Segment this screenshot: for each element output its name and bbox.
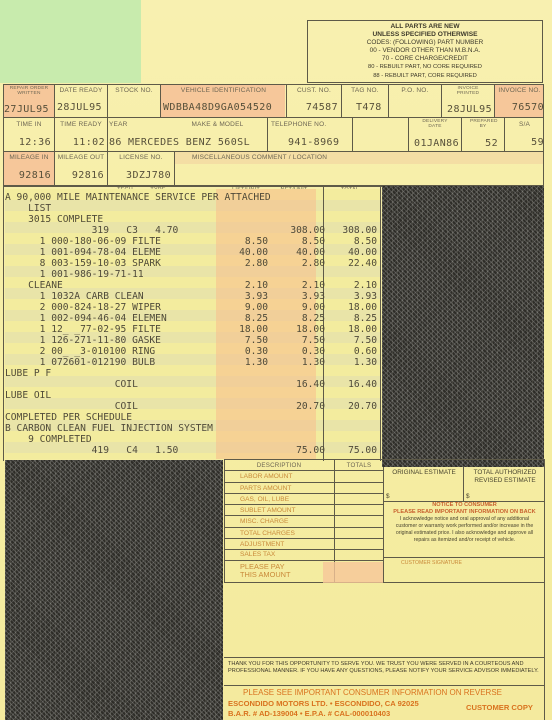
field-telephone-no: TELEPHONE NO. 941-8969 (268, 121, 352, 148)
field-cust-no: CUST. NO. 74587 (287, 87, 341, 113)
line-item: 2 000-824-18-27 WIPER9.009.0018.00 (5, 302, 380, 313)
line-item: 9 COMPLETED (5, 434, 380, 445)
line-item: 1 000-180-06-09 FILTE8.508.508.50 (5, 236, 380, 247)
please-pay-label: PLEASE PAY THIS AMOUNT (240, 563, 291, 579)
line-item: 1 072601-012190 BULB1.301.301.30 (5, 357, 380, 368)
line-item: COIL20.7020.70 (5, 401, 380, 412)
field-license-no: LICENSE NO. 3DZJ780 (108, 154, 174, 181)
field-stock-no: STOCK NO. (108, 87, 160, 95)
notice-line: 70 - CORE CHARGE/CREDIT (308, 55, 542, 63)
notice-line: 00 - VENDOR OTHER THAN M.B.N.A. (308, 47, 542, 55)
field-invoice-printed: INVOICE PRINTED 28JUL95 (442, 86, 494, 115)
field-po-no: P.O. NO. (389, 87, 441, 95)
original-estimate-value: $ (386, 493, 394, 501)
field-delivery-date: DELIVERY DATE 01JAN86 (409, 119, 461, 149)
notice-line: 80 - REBUILT PART, NO CORE REQUIRED (308, 63, 542, 71)
notice-line: CODES: (FOLLOWING) PART NUMBER (308, 39, 542, 47)
line-item: 1 002-094-46-04 ELEMEN8.258.258.25 (5, 313, 380, 324)
line-item: LUBE OIL (5, 390, 380, 401)
dealer-name-address: ESCONDIDO MOTORS LTD. • ESCONDIDO, CA 92… (228, 699, 419, 708)
line-item: 319 C3 4.70308.00308.00 (5, 225, 380, 236)
customer-signature-field[interactable]: CUSTOMER SIGNATURE (384, 558, 544, 583)
field-prepared-by: PREPARED BY 52 (462, 119, 504, 149)
summary-labor-amount: LABOR AMOUNT (228, 471, 383, 482)
line-item: 1 126-271-11-80 GASKE7.507.507.50 (5, 335, 380, 346)
line-item: COMPLETED PER SCHEDULE (5, 412, 380, 423)
field-make-model: MAKE & MODEL MERCEDES BENZ 560SL (128, 121, 267, 148)
field-sa: S/A 59 (505, 121, 544, 148)
line-item: CLEANE2.102.102.10 (5, 280, 380, 291)
line-item: 1 1032A CARB CLEAN3.933.933.93 (5, 291, 380, 302)
line-item: 1 001-094-78-04 ELEME40.0040.0040.00 (5, 247, 380, 258)
line-item: B CARBON CLEAN FUEL INJECTION SYSTEM (5, 423, 380, 434)
line-item: 8 003-159-10-03 SPARK2.802.8022.40 (5, 258, 380, 269)
line-item: 3015 COMPLETE (5, 214, 380, 225)
line-item: COIL16.4016.40 (5, 379, 380, 390)
line-item: A 90,000 MILE MAINTENANCE SERVICE PER AT… (5, 192, 380, 203)
sticky-note (0, 0, 141, 83)
summary-description-header: DESCRIPTION (226, 462, 332, 470)
thank-you-message: THANK YOU FOR THIS OPPORTUNITY TO SERVE … (228, 661, 544, 676)
line-item: LUBE P F (5, 368, 380, 379)
parts-codes-notice: ALL PARTS ARE NEW UNLESS SPECIFIED OTHER… (307, 20, 543, 83)
field-time-ready: TIME READY 11:02 (55, 121, 107, 148)
field-tag-no: TAG NO. T478 (342, 87, 388, 113)
field-repair-order-written: REPAIR ORDER WRITTEN 27JUL95 (4, 86, 54, 115)
field-date-ready: DATE READY 28JUL95 (55, 87, 107, 113)
field-invoice-no: INVOICE NO. 76570 (495, 87, 544, 113)
summary-sales-tax: SALES TAX (228, 549, 383, 560)
field-mileage-out: MILEAGE OUT 92816 (55, 154, 107, 181)
notice-line: 88 - REBUILT PART, CORE REQUIRED (308, 72, 542, 80)
field-vehicle-identification: VEHICLE IDENTIFICATION WDBBA48D9GA054520 (161, 87, 286, 113)
customer-copy-label: CUSTOMER COPY (466, 703, 533, 712)
summary-misc-charge: MISC. CHARGE (228, 516, 383, 527)
field-time-in: TIME IN 12:36 (4, 121, 54, 148)
notice-line: UNLESS SPECIFIED OTHERWISE (308, 31, 542, 39)
redacted-region-right (382, 186, 544, 459)
line-item: 2 00_ _3-010100 RING0.300.300.60 (5, 346, 380, 357)
line-item: 1 12_ _77-02-95 FILTE18.0018.0018.00 (5, 324, 380, 335)
invoice-page: ALL PARTS ARE NEW UNLESS SPECIFIED OTHER… (0, 0, 552, 720)
line-item: 1 001-986-19-71-11 (5, 269, 380, 280)
notice-line: ALL PARTS ARE NEW (308, 23, 542, 31)
field-misc-comment: MISCELLANEOUS COMMENT / LOCATION (176, 154, 542, 162)
revised-estimate-label: TOTAL AUTHORIZED REVISED ESTIMATE (468, 469, 542, 484)
original-estimate-label: ORIGINAL ESTIMATE (386, 469, 462, 477)
redacted-region-left (5, 460, 223, 720)
reverse-notice: PLEASE SEE IMPORTANT CONSUMER INFORMATIO… (243, 688, 502, 697)
license-numbers: B.A.R. # AD-139004 • E.P.A. # CAL-000010… (228, 709, 390, 718)
revised-estimate-value: $ (466, 493, 474, 501)
line-item: LIST (5, 203, 380, 214)
field-mileage-in: MILEAGE IN 92816 (4, 154, 54, 181)
consumer-notice: NOTICE TO CONSUMER PLEASE READ IMPORTANT… (385, 502, 544, 557)
line-item: 419 C4 1.5075.0075.00 (5, 445, 380, 456)
summary-totals-header: TOTALS (336, 462, 382, 470)
